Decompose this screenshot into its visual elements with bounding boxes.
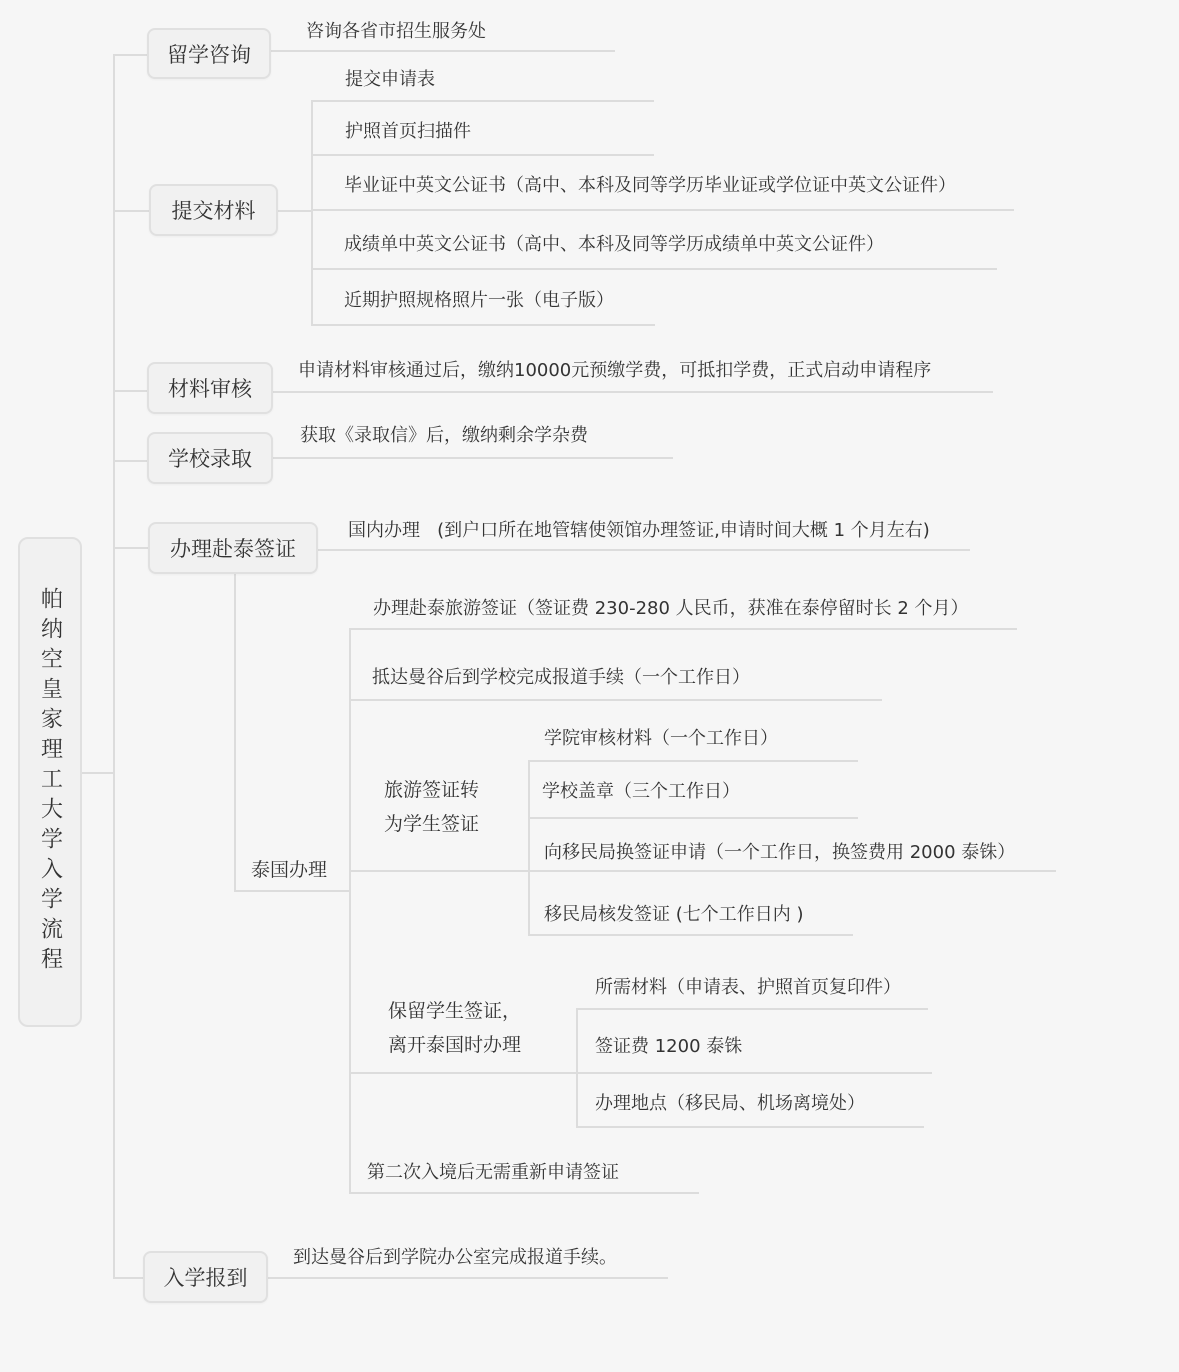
connector	[234, 890, 350, 892]
node-thailand[interactable]: 泰国办理	[251, 853, 327, 887]
leaf-convert-2[interactable]: 向移民局换签证申请（一个工作日，换签费用 2000 泰铢）	[544, 838, 1015, 864]
leaf-underline	[311, 100, 654, 102]
leaf-convert-0[interactable]: 学院审核材料（一个工作日）	[544, 724, 778, 750]
leaf-underline	[349, 1192, 699, 1194]
node-retain-visa[interactable]: 保留学生签证， 离开泰国时办理	[388, 994, 521, 1062]
leaf-underline	[528, 934, 853, 936]
leaf-underline	[528, 870, 1056, 872]
leaf-materials-3[interactable]: 成绩单中英文公证书（高中、本科及同等学历成绩单中英文公证件）	[344, 230, 884, 256]
connector	[113, 1277, 143, 1279]
node-label: 为学生签证	[384, 807, 479, 841]
node-label: 材料审核	[168, 373, 252, 403]
root-title: 帕纳空皇家理工大学入学流程	[35, 587, 66, 977]
leaf-retain-2[interactable]: 办理地点（移民局、机场离境处）	[595, 1089, 865, 1115]
leaf-thailand-0[interactable]: 办理赴泰旅游签证（签证费 230-280 人民币，获准在泰停留时长 2 个月）	[373, 594, 969, 620]
leaf-materials-4[interactable]: 近期护照规格照片一张（电子版）	[344, 286, 614, 312]
node-label: 保留学生签证，	[388, 994, 521, 1028]
leaf-underline	[311, 268, 997, 270]
connector	[113, 460, 147, 462]
branch-line	[528, 760, 530, 935]
leaf-materials-2[interactable]: 毕业证中英文公证书（高中、本科及同等学历毕业证或学位证中英文公证件）	[344, 171, 956, 197]
leaf-underline	[271, 50, 615, 52]
leaf-underline	[273, 457, 673, 459]
connector	[349, 1072, 577, 1074]
leaf-thailand-1[interactable]: 抵达曼谷后到学校完成报道手续（一个工作日）	[372, 663, 750, 689]
node-label: 办理赴泰签证	[170, 533, 296, 563]
connector	[113, 210, 149, 212]
leaf-enroll-0[interactable]: 到达曼谷后到学院办公室完成报道手续。	[293, 1243, 617, 1269]
node-label: 入学报到	[164, 1262, 248, 1292]
connector	[113, 390, 147, 392]
connector	[349, 870, 529, 872]
node-visa[interactable]: 办理赴泰签证	[148, 522, 318, 574]
branch-line	[311, 100, 313, 325]
branch-line	[234, 573, 236, 891]
connector	[113, 547, 149, 549]
leaf-underline	[318, 549, 970, 551]
node-label: 离开泰国时办理	[388, 1028, 521, 1062]
node-label: 旅游签证转	[384, 773, 479, 807]
node-label: 留学咨询	[167, 39, 251, 69]
leaf-underline	[349, 628, 1017, 630]
leaf-underline	[311, 154, 654, 156]
connector	[278, 210, 312, 212]
root-node[interactable]: 帕纳空皇家理工大学入学流程	[18, 537, 82, 1027]
node-admission[interactable]: 学校录取	[147, 432, 273, 484]
leaf-retain-1[interactable]: 签证费 1200 泰铢	[595, 1032, 742, 1058]
leaf-underline	[349, 699, 882, 701]
leaf-admission-0[interactable]: 获取《录取信》后，缴纳剩余学杂费	[300, 421, 588, 447]
node-review[interactable]: 材料审核	[147, 362, 273, 414]
leaf-consult-0[interactable]: 咨询各省市招生服务处	[306, 17, 486, 43]
node-label: 提交材料	[172, 195, 256, 225]
leaf-retain-0[interactable]: 所需材料（申请表、护照首页复印件）	[595, 973, 901, 999]
branch-line	[576, 1008, 578, 1128]
node-convert-visa[interactable]: 旅游签证转 为学生签证	[384, 773, 479, 841]
leaf-visa-domestic[interactable]: 国内办理 (到户口所在地管辖使领馆办理签证,申请时间大概 1 个月左右)	[348, 516, 930, 542]
leaf-underline	[576, 1008, 928, 1010]
connector	[82, 772, 114, 774]
leaf-underline	[528, 760, 858, 762]
leaf-underline	[311, 209, 1014, 211]
leaf-underline	[576, 1072, 932, 1074]
connector	[113, 54, 147, 56]
leaf-underline	[576, 1126, 924, 1128]
leaf-reentry[interactable]: 第二次入境后无需重新申请签证	[367, 1158, 619, 1184]
node-enroll[interactable]: 入学报到	[143, 1251, 268, 1303]
leaf-underline	[528, 817, 858, 819]
trunk-line	[113, 55, 115, 1278]
leaf-convert-3[interactable]: 移民局核发签证 (七个工作日内 )	[544, 900, 804, 926]
node-materials[interactable]: 提交材料	[149, 184, 278, 236]
node-label: 学校录取	[168, 443, 252, 473]
leaf-materials-0[interactable]: 提交申请表	[345, 65, 435, 91]
branch-line	[349, 628, 351, 1193]
leaf-underline	[273, 391, 993, 393]
leaf-underline	[311, 324, 655, 326]
leaf-underline	[268, 1277, 668, 1279]
leaf-materials-1[interactable]: 护照首页扫描件	[345, 117, 471, 143]
leaf-convert-1[interactable]: 学校盖章（三个工作日）	[542, 777, 740, 803]
leaf-review-0[interactable]: 申请材料审核通过后，缴纳10000元预缴学费，可抵扣学费，正式启动申请程序	[298, 356, 931, 382]
node-consult[interactable]: 留学咨询	[147, 28, 271, 79]
